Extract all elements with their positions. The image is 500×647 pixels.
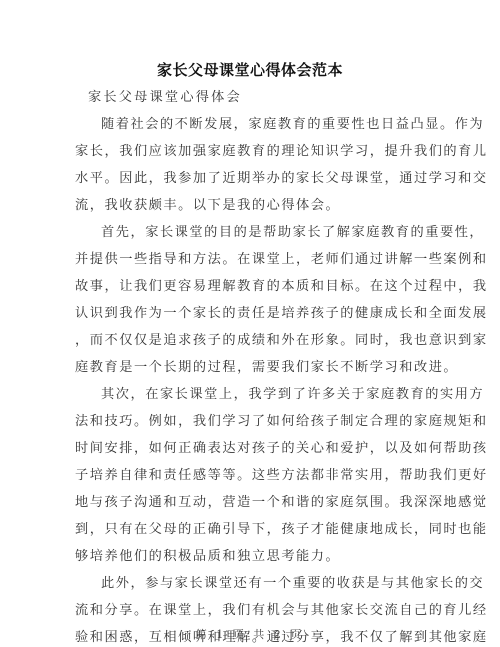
body-text-line: 认识到我作为一个家长的责任是培养孩子的健康成长和全面发展: [75, 300, 417, 327]
body-text-line: 故事，让我们更容易理解教育的本质和目标。在这个过程中，我: [75, 273, 417, 300]
body-text-line: 随着社会的不断发展，家庭教育的重要性也日益凸显。作为: [75, 111, 417, 138]
body-text-line: 到，只有在父母的正确引导下，孩子才能健康地成长，同时也能: [75, 516, 417, 543]
body-text-line: 其次，在家长课堂上，我学到了许多关于家庭教育的实用方: [75, 381, 417, 408]
body-text-line: 此外，参与家长课堂还有一个重要的收获是与其他家长的交: [75, 570, 417, 597]
body-text-line: 水平。因此，我参加了近期举办的家长父母课堂，通过学习和交: [75, 165, 417, 192]
body-text-line: 时间安排，如何正确表达对孩子的关心和爱护，以及如何帮助孩: [75, 435, 417, 462]
body-text-line: 庭教育是一个长期的过程，需要我们家长不断学习和改进。: [75, 354, 417, 381]
document-page: 家长父母课堂心得体会范本 家长父母课堂心得体会 随着社会的不断发展，家庭教育的重…: [0, 0, 500, 647]
document-body: 家长父母课堂心得体会 随着社会的不断发展，家庭教育的重要性也日益凸显。作为家长，…: [75, 84, 417, 647]
body-text-line: 子培养自律和责任感等等。这些方法都非常实用，帮助我们更好: [75, 462, 417, 489]
body-text-line: 并提供一些指导和方法。在课堂上，老师们通过讲解一些案例和: [75, 246, 417, 273]
body-text-line: 流，我收获颇丰。以下是我的心得体会。: [75, 192, 417, 219]
body-text-line: 法和技巧。例如，我们学习了如何给孩子制定合理的家庭规矩和: [75, 408, 417, 435]
body-text-line: ，而不仅仅是追求孩子的成绩和外在形象。同时，我也意识到家: [75, 327, 417, 354]
body-text-line: 流和分享。在课堂上，我们有机会与其他家长交流自己的育儿经: [75, 597, 417, 624]
body-text-line: 够培养他们的积极品质和独立思考能力。: [75, 543, 417, 570]
page-number-footer: 第 1 页 共 2 页: [0, 626, 500, 642]
body-text-line: 家长，我们应该加强家庭教育的理论知识学习，提升我们的育儿: [75, 138, 417, 165]
document-title: 家长父母课堂心得体会范本: [0, 59, 500, 80]
body-text-line: 首先，家长课堂的目的是帮助家长了解家庭教育的重要性，: [75, 219, 417, 246]
document-subtitle: 家长父母课堂心得体会: [75, 84, 417, 111]
body-text-line: 地与孩子沟通和互动，营造一个和谐的家庭氛围。我深深地感觉: [75, 489, 417, 516]
